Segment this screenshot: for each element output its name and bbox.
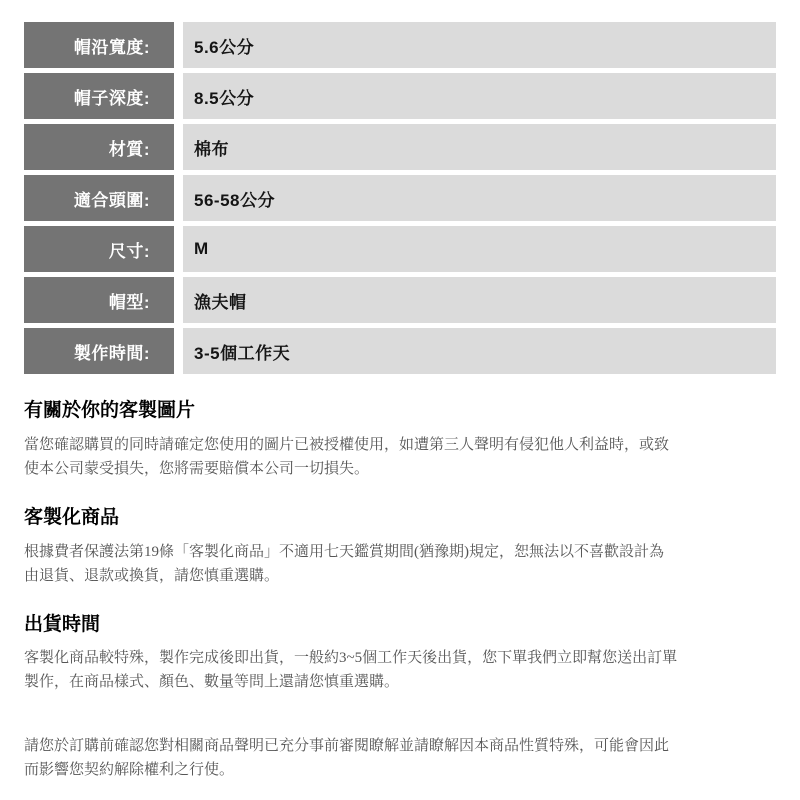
spec-label-hat-style: 帽型: <box>24 277 174 323</box>
section-heading-custom-image: 有關於你的客製圖片 <box>24 400 776 423</box>
spec-value-hat-depth: 8.5公分 <box>183 73 776 119</box>
spec-label-material: 材質: <box>24 124 174 170</box>
spec-label-size: 尺寸: <box>24 226 174 272</box>
spec-label-production-time: 製作時間: <box>24 328 174 374</box>
section-body-customized-product: 根據費者保護法第19條「客製化商品」不適用七天鑑賞期間(猶豫期)規定，恕無法以不… <box>24 540 776 588</box>
spec-value-size: M <box>183 226 776 272</box>
spec-value-production-time: 3-5個工作天 <box>183 328 776 374</box>
section-heading-customized-product: 客製化商品 <box>24 507 776 530</box>
spec-value-hat-style: 漁夫帽 <box>183 277 776 323</box>
product-detail-page: 帽沿寬度: 5.6公分 帽子深度: 8.5公分 材質: 棉布 適合頭圍: 56-… <box>0 0 800 800</box>
description-sections: 有關於你的客製圖片 當您確認購買的同時請確定您使用的圖片已被授權使用，如遭第三人… <box>24 400 776 782</box>
section-heading-shipping-time: 出貨時間 <box>24 614 776 637</box>
section-body-shipping-time: 客製化商品較特殊，製作完成後即出貨，一般約3~5個工作天後出貨，您下單我們立即幫… <box>24 646 776 694</box>
spec-value-material: 棉布 <box>183 124 776 170</box>
spec-label-head-circumference: 適合頭圍: <box>24 175 174 221</box>
section-body-custom-image: 當您確認購買的同時請確定您使用的圖片已被授權使用，如遭第三人聲明有侵犯他人利益時… <box>24 433 776 481</box>
spec-value-head-circumference: 56-58公分 <box>183 175 776 221</box>
spec-label-brim-width: 帽沿寬度: <box>24 22 174 68</box>
footnote-paragraph: 請您於訂購前確認您對相關商品聲明已充分事前審閱瞭解並請瞭解因本商品性質特殊，可能… <box>24 734 776 782</box>
spec-value-brim-width: 5.6公分 <box>183 22 776 68</box>
spec-table: 帽沿寬度: 5.6公分 帽子深度: 8.5公分 材質: 棉布 適合頭圍: 56-… <box>24 22 776 374</box>
spec-label-hat-depth: 帽子深度: <box>24 73 174 119</box>
